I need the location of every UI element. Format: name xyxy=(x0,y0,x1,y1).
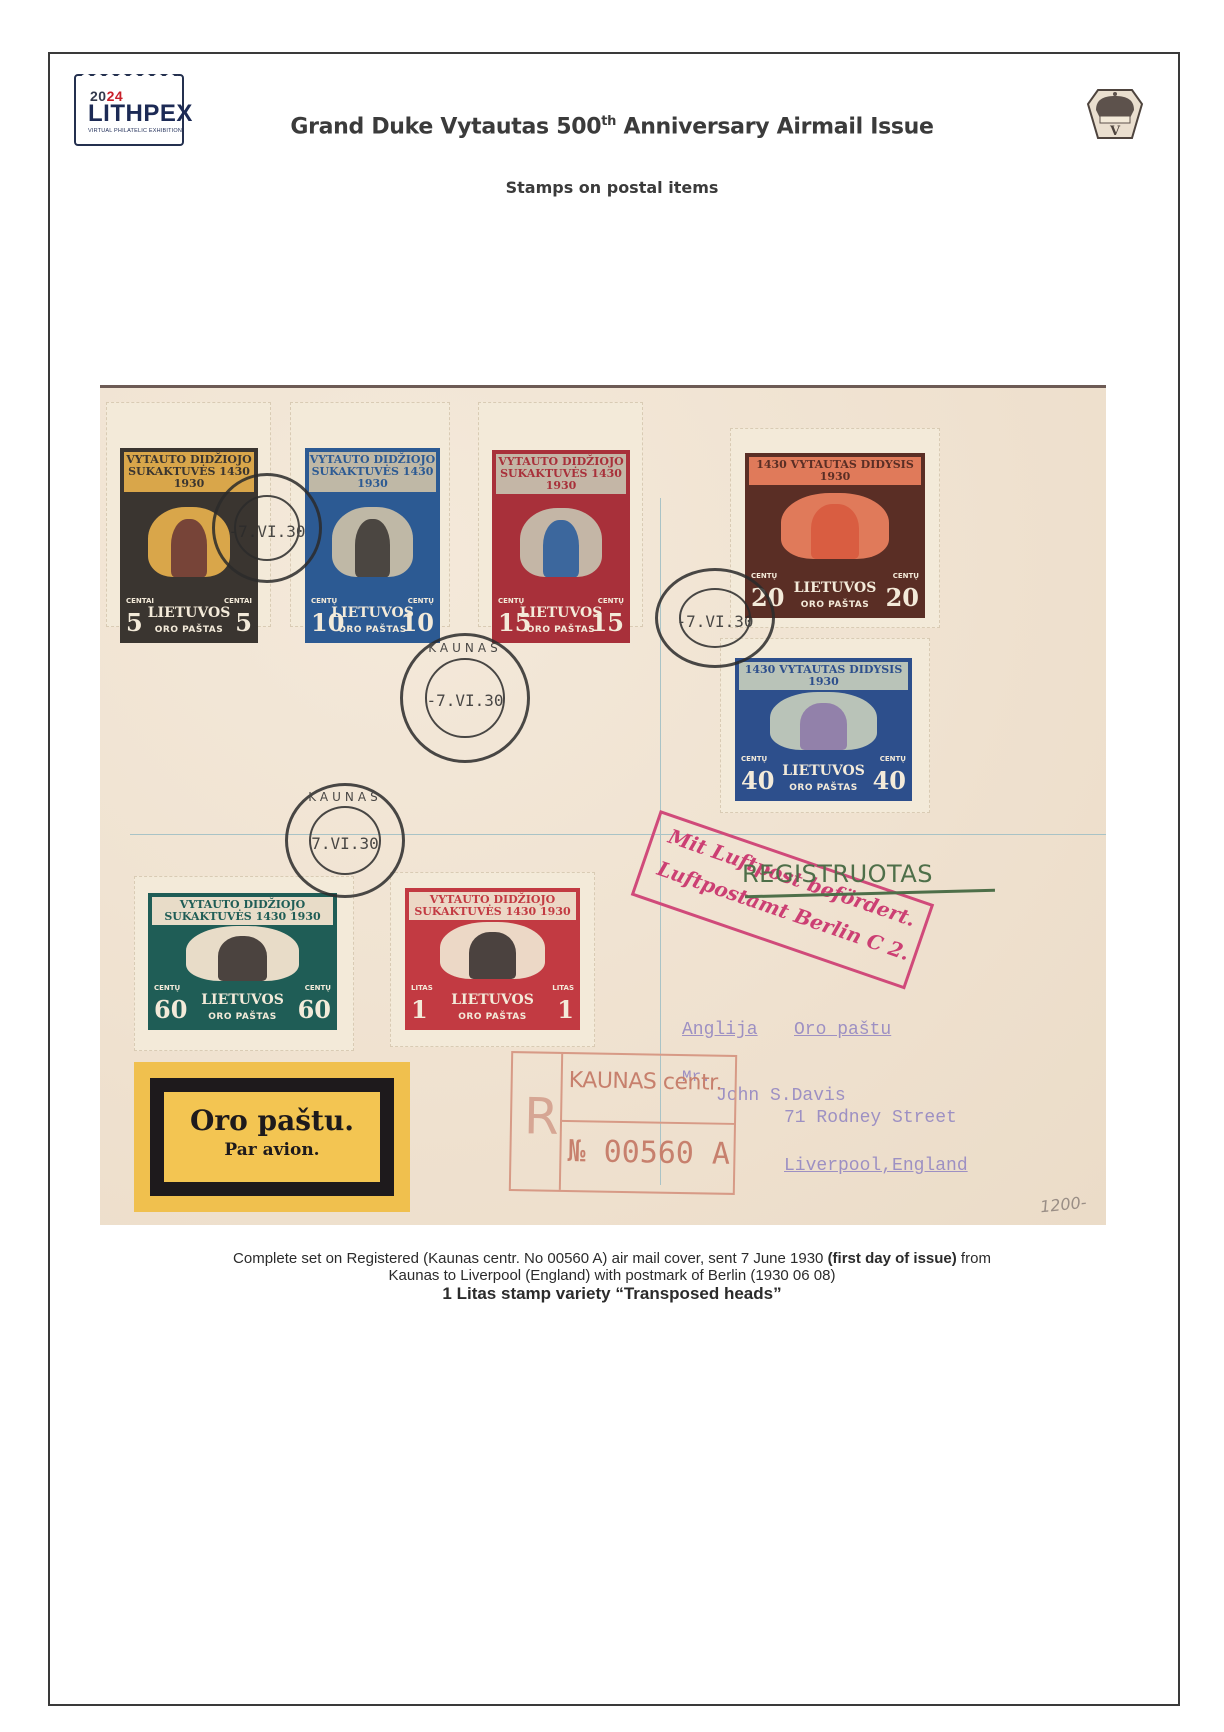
stamp-inscription: 1430 VYTAUTAS DIDYSIS 1930 xyxy=(739,662,908,690)
caption-line-1: Complete set on Registered (Kaunas centr… xyxy=(0,1250,1224,1267)
stamp-unit-l: LITAS xyxy=(411,984,433,992)
caption-line-3: 1 Litas stamp variety “Transposed heads” xyxy=(0,1284,1224,1304)
stamp-unit-l: CENTŲ xyxy=(498,597,524,605)
stamp-vignette xyxy=(520,508,603,578)
stamp-airmail: ORO PAŠTAS xyxy=(492,625,630,635)
stamp-1Lt: VYTAUTO DIDŽIOJO SUKAKTUVĖS 1430 1930LIT… xyxy=(405,888,580,1030)
stamp-unit-r: LITAS xyxy=(552,984,574,992)
stamp-10c: VYTAUTO DIDŽIOJO SUKAKTUVĖS 1430 1930CEN… xyxy=(305,448,440,643)
stamp-unit-r: CENTŲ xyxy=(598,597,624,605)
stamp-country: LIETUVOS xyxy=(305,605,440,621)
stamp-40c: 1430 VYTAUTAS DIDYSIS 1930CENTŲCENTŲ4040… xyxy=(735,658,912,801)
stamp-unit-l: CENTŲ xyxy=(751,572,777,580)
stamp-inscription: 1430 VYTAUTAS DIDYSIS 1930 xyxy=(749,457,921,485)
stamp-unit-l: CENTŲ xyxy=(154,984,180,992)
stamp-unit-r: CENTAI xyxy=(224,597,252,605)
postmark: -7.VI.30 xyxy=(212,473,322,583)
stamp-20c: 1430 VYTAUTAS DIDYSIS 1930CENTŲCENTŲ2020… xyxy=(745,453,925,618)
stamp-60c: VYTAUTO DIDŽIOJO SUKAKTUVĖS 1430 1930CEN… xyxy=(148,893,337,1030)
address-country: Anglija xyxy=(682,1020,758,1040)
stamp-unit-r: CENTŲ xyxy=(408,597,434,605)
page-subtitle: Stamps on postal items xyxy=(0,178,1224,197)
stamp-vignette xyxy=(781,493,889,559)
stamp-inscription: VYTAUTO DIDŽIOJO SUKAKTUVĖS 1430 1930 xyxy=(152,897,333,925)
registration-number: № 00560 A xyxy=(567,1134,730,1172)
stamp-unit-l: CENTŲ xyxy=(311,597,337,605)
stamp-airmail: ORO PAŠTAS xyxy=(120,625,258,635)
stamp-country: LIETUVOS xyxy=(120,605,258,621)
registration-office: KAUNAS centr. xyxy=(569,1068,723,1096)
stamp-unit-l: CENTAI xyxy=(126,597,154,605)
stamp-inscription: VYTAUTO DIDŽIOJO SUKAKTUVĖS 1430 1930 xyxy=(309,452,436,492)
page-title: Grand Duke Vytautas 500th Anniversary Ai… xyxy=(0,114,1224,139)
stamp-country: LIETUVOS xyxy=(492,605,630,621)
stamp-airmail: ORO PAŠTAS xyxy=(735,783,912,793)
stamp-country: LIETUVOS xyxy=(148,992,337,1008)
postmark-right: -7.VI.30 xyxy=(655,568,775,668)
stamp-vignette xyxy=(332,507,413,577)
postmark-lower: KAUNAS 7.VI.30 xyxy=(285,783,405,898)
registered-handstamp: REGISTRUOTAS xyxy=(742,860,933,888)
airmail-label-line1: Oro paštu. xyxy=(164,1104,380,1137)
stamp-unit-r: CENTŲ xyxy=(880,755,906,763)
stamp-airmail: ORO PAŠTAS xyxy=(305,625,440,635)
stamp-unit-r: CENTŲ xyxy=(305,984,331,992)
stamp-vignette xyxy=(770,692,876,749)
stamp-unit-l: CENTŲ xyxy=(741,755,767,763)
registration-label: R KAUNAS centr. № 00560 A xyxy=(509,1051,737,1195)
stamp-country: LIETUVOS xyxy=(405,992,580,1008)
stamp-15c: VYTAUTO DIDŽIOJO SUKAKTUVĖS 1430 1930CEN… xyxy=(492,450,630,643)
postmark-center: KAUNAS -7.VI.30 xyxy=(400,633,530,763)
stamp-inscription: VYTAUTO DIDŽIOJO SUKAKTUVĖS 1430 1930 xyxy=(409,892,576,920)
address-city: Liverpool,England xyxy=(784,1156,968,1176)
registration-line-horizontal xyxy=(130,834,1106,835)
caption: Complete set on Registered (Kaunas centr… xyxy=(0,1250,1224,1304)
stamp-airmail: ORO PAŠTAS xyxy=(405,1012,580,1022)
airmail-etiquette: Oro paštu. Par avion. xyxy=(134,1062,410,1212)
stamp-unit-r: CENTŲ xyxy=(893,572,919,580)
stamp-country: LIETUVOS xyxy=(735,763,912,779)
caption-line-2: Kaunas to Liverpool (England) with postm… xyxy=(0,1267,1224,1284)
stamp-airmail: ORO PAŠTAS xyxy=(148,1012,337,1022)
stamp-inscription: VYTAUTO DIDŽIOJO SUKAKTUVĖS 1430 1930 xyxy=(496,454,626,494)
stamp-vignette xyxy=(440,922,545,979)
address-street: 71 Rodney Street xyxy=(784,1108,957,1128)
address-service: Oro paštu xyxy=(794,1020,891,1040)
stamp-vignette xyxy=(186,926,299,981)
stamp-country: LIETUVOS xyxy=(745,580,925,596)
airmail-etiquette-frame: Oro paštu. Par avion. xyxy=(150,1078,394,1196)
airmail-label-line2: Par avion. xyxy=(164,1140,380,1160)
